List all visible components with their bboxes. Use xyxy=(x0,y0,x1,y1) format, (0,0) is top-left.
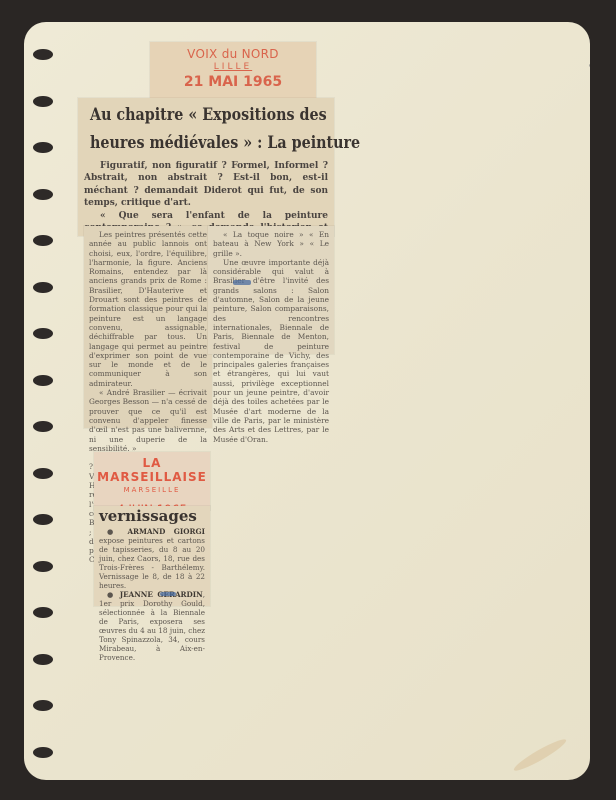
punch-hole xyxy=(33,468,53,479)
punch-hole xyxy=(33,142,53,153)
clipping-1-headline-block: Au chapitre « Expositions des heures méd… xyxy=(78,98,334,236)
punch-hole xyxy=(33,96,53,107)
punch-hole xyxy=(33,282,53,293)
punch-hole xyxy=(33,607,53,618)
ink-mark xyxy=(160,592,176,596)
body-paragraph: Les peintres présentés cette année au pu… xyxy=(89,230,207,388)
headline-line-2: heures médiévales » : La peinture xyxy=(90,133,293,154)
clipping-1-stamp: VOIX du NORD LILLE 21 MAI 1965 xyxy=(150,42,316,100)
punch-hole xyxy=(33,514,53,525)
clipping-1-column-left: Les peintres présentés cette année au pu… xyxy=(84,226,212,428)
lead-paragraph: Figuratif, non figuratif ? Formel, Infor… xyxy=(84,160,328,210)
ink-mark xyxy=(233,280,251,285)
punch-hole xyxy=(33,235,53,246)
body-paragraph: « La toque noire » « En bateau à New Yor… xyxy=(213,230,329,258)
list-item: ● ARMAND GIORGI expose peintures et cart… xyxy=(99,527,205,590)
newspaper-city: LILLE xyxy=(150,62,316,72)
section-title: vernissages xyxy=(99,507,210,525)
paper-stain xyxy=(512,736,569,775)
newspaper-city: MARSEILLE xyxy=(94,486,210,494)
punch-hole xyxy=(33,49,53,60)
clipping-2-body: vernissages ● ARMAND GIORGI expose peint… xyxy=(94,506,210,606)
body-paragraph: Une œuvre importante déjà considérable q… xyxy=(213,258,329,444)
punch-hole xyxy=(33,700,53,711)
punch-hole xyxy=(33,654,53,665)
punch-hole xyxy=(33,561,53,572)
punch-hole xyxy=(33,328,53,339)
newspaper-name: VOIX du NORD xyxy=(150,47,316,61)
punch-hole xyxy=(33,421,53,432)
headline-line-1: Au chapitre « Expositions des xyxy=(90,105,293,126)
body-paragraph: « André Brasilier — écrivait Georges Bes… xyxy=(89,388,207,453)
punch-hole xyxy=(33,189,53,200)
punch-hole xyxy=(33,747,53,758)
clipping-date: 21 MAI 1965 xyxy=(150,74,316,90)
clipping-1-column-right: « La toque noire » « En bateau à New Yor… xyxy=(208,226,334,354)
punch-hole xyxy=(33,375,53,386)
list-item: ● JEANNE GERARDIN, 1er prix Dorothy Goul… xyxy=(99,590,205,662)
clipping-2-stamp: LA MARSEILLAISE MARSEILLE 4 JUIN 1965 xyxy=(94,452,210,510)
newspaper-name: LA MARSEILLAISE xyxy=(94,456,210,484)
artist-name: ARMAND GIORGI xyxy=(127,527,205,536)
page-number: 36 xyxy=(589,53,590,71)
